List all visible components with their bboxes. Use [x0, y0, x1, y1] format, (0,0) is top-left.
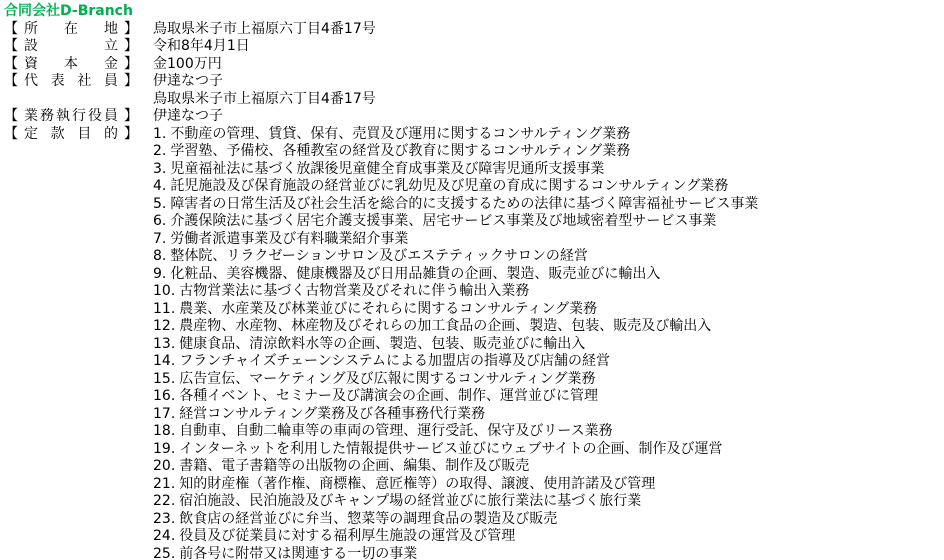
bracket-open: 【: [4, 56, 18, 74]
field-value-capital: 金100万円: [153, 56, 944, 74]
bracket-close: 】: [124, 21, 138, 39]
purpose-item-no: 21.: [153, 476, 175, 492]
purpose-item-text: 広告宣伝、マーケティング及び広報に関するコンサルティング業務: [179, 371, 595, 387]
purpose-item-text: 不動産の管理、賃貸、保有、売買及び運用に関するコンサルティング業務: [170, 126, 630, 142]
purpose-item-text: 知的財産権（著作権、商標権、意匠権等）の取得、譲渡、使用許諾及び管理: [179, 476, 655, 492]
purpose-item: 21.知的財産権（著作権、商標権、意匠権等）の取得、譲渡、使用許諾及び管理: [153, 476, 944, 494]
bracket-close: 】: [124, 38, 138, 56]
field-label-text: 代表社員: [18, 73, 124, 91]
bracket-close: 】: [124, 56, 138, 74]
purpose-item: 3.児童福祉法に基づく放課後児童健全育成事業及び障害児通所支援事業: [153, 161, 944, 179]
purpose-item: 5.障害者の日常生活及び社会生活を総合的に支援するための法律に基づく障害福祉サー…: [153, 196, 944, 214]
purpose-item: 14.フランチャイズチェーンシステムによる加盟店の指導及び店舗の経営: [153, 353, 944, 371]
field-label-text: 所在地: [18, 21, 124, 39]
bracket-open: 【: [4, 38, 18, 56]
field-row-capital: 【資本金】 金100万円: [4, 56, 944, 74]
purpose-item: 2.学習塾、予備校、各種教室の経営及び教育に関するコンサルティング業務: [153, 143, 944, 161]
purpose-item-no: 9.: [153, 266, 166, 282]
purpose-item-no: 4.: [153, 178, 166, 194]
purpose-item: 22.宿泊施設、民泊施設及びキャンプ場の経営並びに旅行業法に基づく旅行業: [153, 493, 944, 511]
purpose-item-text: 宿泊施設、民泊施設及びキャンプ場の経営並びに旅行業法に基づく旅行業: [179, 493, 641, 509]
purpose-item-text: 学習塾、予備校、各種教室の経営及び教育に関するコンサルティング業務: [170, 143, 630, 159]
purpose-item-text: 農産物、水産物、林産物及びそれらの加工食品の企画、製造、包装、販売及び輸出入: [179, 318, 711, 334]
purpose-item-text: フランチャイズチェーンシステムによる加盟店の指導及び店舗の経営: [179, 353, 610, 369]
field-row-representative: 【代表社員】 伊達なつ子: [4, 73, 944, 91]
field-label-executive: 【業務執行役員】: [4, 108, 153, 126]
purpose-item: 11.農業、水産業及び林業並びにそれらに関するコンサルティング業務: [153, 301, 944, 319]
purpose-item-text: 化粧品、美容機器、健康機器及び日用品雑貨の企画、製造、販売並びに輸出入: [170, 266, 660, 282]
purpose-item-no: 15.: [153, 371, 175, 387]
purpose-item-text: インターネットを利用した情報提供サービス並びにウェブサイトの企画、制作及び運営: [179, 441, 722, 457]
bracket-close: 】: [124, 108, 138, 126]
purpose-item-no: 3.: [153, 161, 166, 177]
purpose-item: 9.化粧品、美容機器、健康機器及び日用品雑貨の企画、製造、販売並びに輸出入: [153, 266, 944, 284]
purpose-item: 23.飲食店の経営並びに弁当、惣菜等の調理食品の製造及び販売: [153, 511, 944, 529]
purpose-item-text: 児童福祉法に基づく放課後児童健全育成事業及び障害児通所支援事業: [170, 161, 604, 177]
purpose-item: 10.古物営業法に基づく古物営業及びそれに伴う輸出入業務: [153, 283, 944, 301]
field-value-representative: 伊達なつ子: [153, 73, 944, 91]
purpose-item-text: 役員及び従業員に対する福利厚生施設の運営及び管理: [179, 528, 515, 544]
field-row-representative-address: 鳥取県米子市上福原六丁目4番17号: [4, 91, 944, 109]
field-value-representative-address: 鳥取県米子市上福原六丁目4番17号: [153, 91, 944, 109]
bracket-open: 【: [4, 21, 18, 39]
purpose-item-text: 農業、水産業及び林業並びにそれらに関するコンサルティング業務: [179, 301, 597, 317]
purpose-item-text: 各種イベント、セミナー及び講演会の企画、制作、運営並びに管理: [179, 388, 598, 404]
bracket-open: 【: [4, 126, 18, 144]
purpose-item: 20.書籍、電子書籍等の出版物の企画、編集、制作及び販売: [153, 458, 944, 476]
purpose-item-no: 24.: [153, 528, 175, 544]
purpose-item-text: 介護保険法に基づく居宅介護支援事業、居宅サービス事業及び地域密着型サービス事業: [170, 213, 716, 229]
purpose-item-no: 25.: [153, 546, 175, 560]
bracket-close: 】: [124, 73, 138, 91]
purpose-item-text: 古物営業法に基づく古物営業及びそれに伴う輸出入業務: [179, 283, 529, 299]
field-label-representative: 【代表社員】: [4, 73, 153, 91]
purpose-item-text: 障害者の日常生活及び社会生活を総合的に支援するための法律に基づく障害福祉サービス…: [170, 196, 758, 212]
purpose-item-no: 5.: [153, 196, 166, 212]
purpose-item-no: 10.: [153, 283, 175, 299]
field-label-capital: 【資本金】: [4, 56, 153, 74]
purpose-item-text: 整体院、リラクゼーションサロン及びエステティックサロンの経営: [170, 248, 587, 264]
purpose-item-no: 23.: [153, 511, 175, 527]
purpose-item-no: 16.: [153, 388, 175, 404]
purpose-item-no: 19.: [153, 441, 175, 457]
purpose-item: 8.整体院、リラクゼーションサロン及びエステティックサロンの経営: [153, 248, 944, 266]
purpose-item: 25.前各号に附帯又は関連する一切の事業: [153, 546, 944, 560]
purpose-item-no: 2.: [153, 143, 166, 159]
purpose-item: 24.役員及び従業員に対する福利厚生施設の運営及び管理: [153, 528, 944, 546]
purpose-item-no: 12.: [153, 318, 175, 334]
purpose-item: 1.不動産の管理、賃貸、保有、売買及び運用に関するコンサルティング業務: [153, 126, 944, 144]
field-value-executive: 伊達なつ子: [153, 108, 944, 126]
field-label-location: 【所在地】: [4, 21, 153, 39]
purpose-item-no: 17.: [153, 406, 175, 422]
company-profile-document: 合同会社D-Branch 【所在地】 鳥取県米子市上福原六丁目4番17号 【設立…: [0, 0, 944, 560]
purpose-item-no: 22.: [153, 493, 175, 509]
field-value-location: 鳥取県米子市上福原六丁目4番17号: [153, 21, 944, 39]
field-row-established: 【設立】 令和8年4月1日: [4, 38, 944, 56]
purpose-section: 【定款目的】 1.不動産の管理、賃貸、保有、売買及び運用に関するコンサルティング…: [4, 126, 944, 560]
purpose-item-text: 健康食品、清涼飲料水等の企画、製造、包装、販売並びに輸出入: [179, 336, 585, 352]
company-name: 合同会社D-Branch: [4, 3, 944, 21]
field-label-purpose: 【定款目的】: [4, 126, 153, 144]
field-value-established: 令和8年4月1日: [153, 38, 944, 56]
purpose-item: 4.託児施設及び保育施設の経営並びに乳幼児及び児童の育成に関するコンサルティング…: [153, 178, 944, 196]
purpose-item: 16.各種イベント、セミナー及び講演会の企画、制作、運営並びに管理: [153, 388, 944, 406]
purpose-item: 12.農産物、水産物、林産物及びそれらの加工食品の企画、製造、包装、販売及び輸出…: [153, 318, 944, 336]
purpose-item-text: 経営コンサルティング業務及び各種事務代行業務: [179, 406, 485, 422]
field-label-text: 定款目的: [18, 126, 124, 144]
bracket-open: 【: [4, 73, 18, 91]
field-label-text: 資本金: [18, 56, 124, 74]
field-row-executive: 【業務執行役員】 伊達なつ子: [4, 108, 944, 126]
purpose-item-text: 前各号に附帯又は関連する一切の事業: [179, 546, 417, 560]
purpose-item-text: 託児施設及び保育施設の経営並びに乳幼児及び児童の育成に関するコンサルティング業務: [170, 178, 728, 194]
purpose-item-no: 13.: [153, 336, 175, 352]
purpose-item: 6.介護保険法に基づく居宅介護支援事業、居宅サービス事業及び地域密着型サービス事…: [153, 213, 944, 231]
purpose-item-no: 1.: [153, 126, 166, 142]
purpose-item: 18.自動車、自動二輪車等の車両の管理、運行受託、保守及びリース業務: [153, 423, 944, 441]
purpose-item-no: 8.: [153, 248, 166, 264]
field-label-established: 【設立】: [4, 38, 153, 56]
bracket-close: 】: [124, 126, 138, 144]
purpose-item-no: 6.: [153, 213, 166, 229]
purpose-item-no: 7.: [153, 231, 166, 247]
field-label-text: 業務執行役員: [18, 108, 124, 126]
purpose-item-text: 自動車、自動二輪車等の車両の管理、運行受託、保守及びリース業務: [179, 423, 612, 439]
purpose-item-no: 14.: [153, 353, 175, 369]
purpose-item-no: 11.: [153, 301, 175, 317]
purpose-item-text: 飲食店の経営並びに弁当、惣菜等の調理食品の製造及び販売: [179, 511, 557, 527]
purpose-item: 7.労働者派遣事業及び有料職業紹介事業: [153, 231, 944, 249]
bracket-open: 【: [4, 108, 18, 126]
purpose-items: 1.不動産の管理、賃貸、保有、売買及び運用に関するコンサルティング業務2.学習塾…: [153, 126, 944, 560]
purpose-item: 17.経営コンサルティング業務及び各種事務代行業務: [153, 406, 944, 424]
purpose-item: 19.インターネットを利用した情報提供サービス並びにウェブサイトの企画、制作及び…: [153, 441, 944, 459]
field-row-location: 【所在地】 鳥取県米子市上福原六丁目4番17号: [4, 21, 944, 39]
purpose-item: 15.広告宣伝、マーケティング及び広報に関するコンサルティング業務: [153, 371, 944, 389]
purpose-item-no: 18.: [153, 423, 175, 439]
field-label-text: 設立: [18, 38, 124, 56]
purpose-item-text: 労働者派遣事業及び有料職業紹介事業: [170, 231, 408, 247]
purpose-item-text: 書籍、電子書籍等の出版物の企画、編集、制作及び販売: [179, 458, 529, 474]
purpose-item-no: 20.: [153, 458, 175, 474]
purpose-item: 13.健康食品、清涼飲料水等の企画、製造、包装、販売並びに輸出入: [153, 336, 944, 354]
